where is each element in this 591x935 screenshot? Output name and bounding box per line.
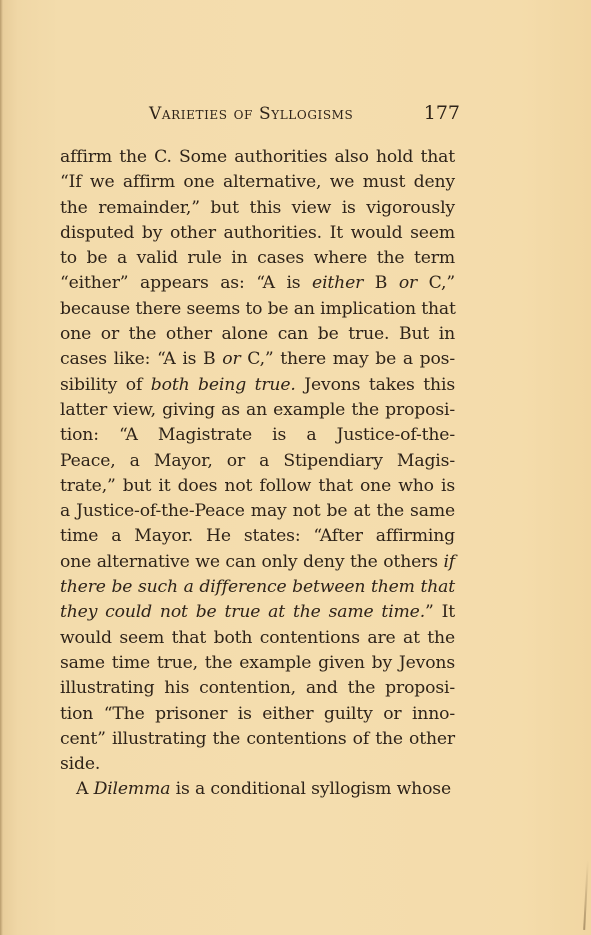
running-head: Varieties of Syllogisms 177 [149,102,460,130]
text-segment: side. [60,754,100,774]
text-line: Peace, a Mayor, or a Stipendiary Magis- [60,449,455,474]
text-segment: ” It [425,602,455,622]
text-segment: B [363,273,399,293]
italic-text: there be such a difference between them … [60,577,455,597]
page-number: 177 [424,102,460,124]
text-line: time a Mayor. He states: “After affirmin… [60,524,455,549]
text-segment: disputed by other authorities. It would … [60,223,455,243]
text-segment: C,” there may be a pos- [241,349,455,369]
text-line: tion “The prisoner is either guilty or i… [60,702,455,727]
text-line: latter view, giving as an example the pr… [60,398,455,423]
text-line: illustrating his contention, and the pro… [60,676,455,701]
text-line: “If we affirm one alternative, we must d… [60,170,455,195]
page-edge-mark [583,860,589,930]
text-line: “either” appears as: “A is either B or C… [60,271,455,296]
text-line: trate,” but it does not follow that one … [60,474,455,499]
page-edge-shadow [0,0,3,935]
text-line: the remainder,” but this view is vigorou… [60,196,455,221]
text-line: one alternative we can only deny the oth… [60,550,455,575]
text-line: A Dilemma is a conditional syllogism who… [60,777,455,802]
text-segment: time a Mayor. He states: “After affirmin… [60,526,455,546]
text-line: because there seems to be an implication… [60,297,455,322]
body-text: affirm the C. Some authorities also hold… [60,145,455,803]
text-line: side. [60,752,455,777]
text-line: tion: “A Magistrate is a Justice-of-the- [60,423,455,448]
text-segment: tion: “A Magistrate is a Justice-of-the- [60,425,455,445]
text-line: sibility of both being true. Jevons take… [60,373,455,398]
text-segment: tion “The prisoner is either guilty or i… [60,704,455,724]
text-segment: Peace, a Mayor, or a Stipendiary Magis- [60,451,455,471]
italic-text: Dilemma [94,779,171,799]
text-line: there be such a difference between them … [60,575,455,600]
text-segment: same time true, the example given by Jev… [60,653,455,673]
text-segment: one or the other alone can be true. But … [60,324,455,344]
text-segment: “either” appears as: “A is [60,273,312,293]
text-segment: cent” illustrating the contentions of th… [60,729,455,749]
text-segment: trate,” but it does not follow that one … [60,476,455,496]
text-segment: C,” [417,273,455,293]
book-page: Varieties of Syllogisms 177 affirm the C… [0,0,591,935]
running-title: Varieties of Syllogisms [149,104,353,124]
text-segment: affirm the C. Some authorities also hold… [60,147,455,167]
text-line: to be a valid rule in cases where the te… [60,246,455,271]
text-line: disputed by other authorities. It would … [60,221,455,246]
italic-text: or [399,273,417,293]
text-line: cases like: “A is B or C,” there may be … [60,347,455,372]
text-segment: latter view, giving as an example the pr… [60,400,455,420]
text-line: they could not be true at the same time.… [60,600,455,625]
text-segment: is a conditional syllogism whose [170,779,451,799]
text-segment: A [76,779,94,799]
italic-text: either [312,273,363,293]
text-line: a Justice-of-the-Peace may not be at the… [60,499,455,524]
italic-text: both being true. [151,375,296,395]
text-segment: cases like: “A is B [60,349,222,369]
text-line: one or the other alone can be true. But … [60,322,455,347]
text-segment: the remainder,” but this view is vigorou… [60,198,455,218]
text-segment: would seem that both contentions are at … [60,628,455,648]
text-line: same time true, the example given by Jev… [60,651,455,676]
italic-text: they could not be true at the same time. [60,602,425,622]
text-segment: Jevons takes this [296,375,455,395]
text-line: would seem that both contentions are at … [60,626,455,651]
text-segment: because there seems to be an implication… [60,299,456,319]
text-line: cent” illustrating the contentions of th… [60,727,455,752]
text-segment: a Justice-of-the-Peace may not be at the… [60,501,455,521]
italic-text: if [443,552,455,572]
text-segment: sibility of [60,375,151,395]
italic-text: or [222,349,240,369]
text-line: affirm the C. Some authorities also hold… [60,145,455,170]
text-segment: “If we affirm one alternative, we must d… [60,172,455,192]
text-segment: illustrating his contention, and the pro… [60,678,455,698]
text-segment: to be a valid rule in cases where the te… [60,248,455,268]
text-segment: one alternative we can only deny the oth… [60,552,443,572]
